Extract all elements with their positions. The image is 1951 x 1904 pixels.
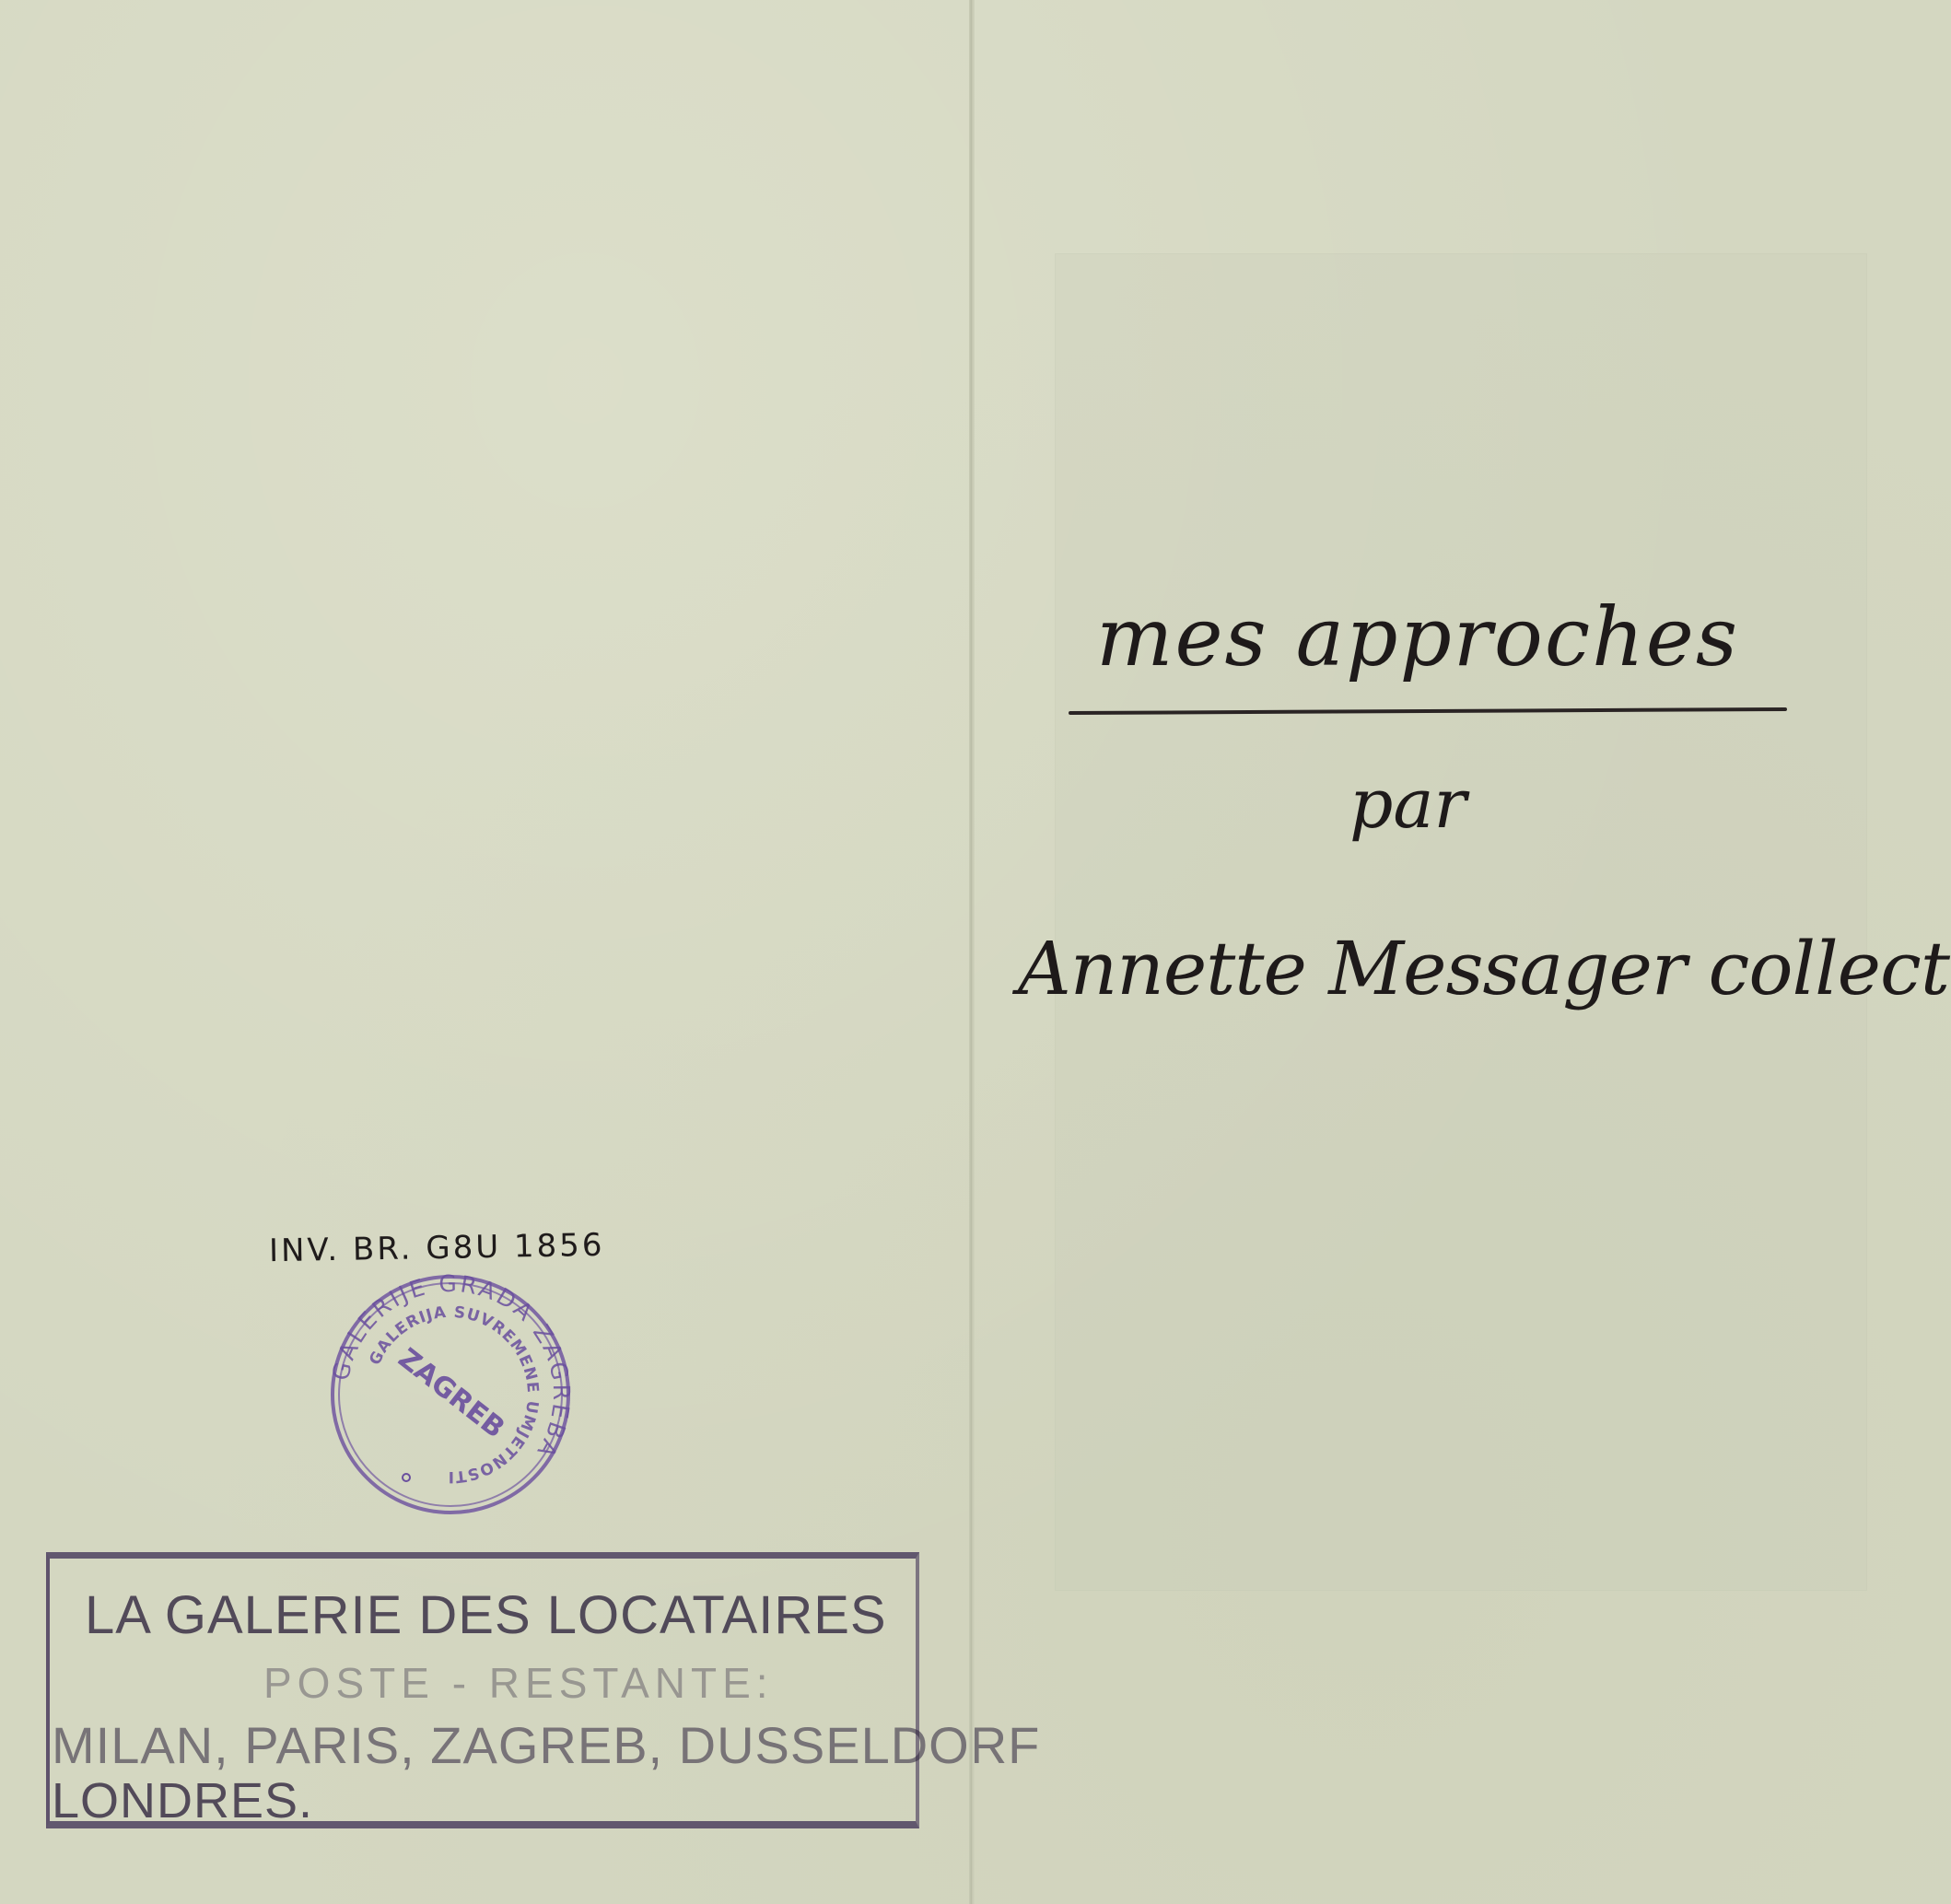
rect-stamp-line-2: POSTE - RESTANTE: — [263, 1658, 774, 1708]
handwritten-by: par — [1349, 765, 1466, 844]
left-panel: INV. BR. G8U 1856 GALERIJE GRADA ZAGREBA… — [0, 0, 969, 1904]
round-stamp-center-text: ZAGREB — [392, 1342, 511, 1444]
rect-stamp-line-1: LA GALERIE DES LOCATAIRES — [85, 1584, 887, 1646]
show-through-print — [1055, 253, 1867, 1591]
gallery-rect-stamp: LA GALERIE DES LOCATAIRES POSTE - RESTAN… — [46, 1552, 919, 1828]
rect-stamp-line-4: LONDRES. — [52, 1772, 313, 1829]
inventory-number: INV. BR. G8U 1856 — [269, 1227, 605, 1269]
museum-round-stamp: GALERIJE GRADA ZAGREBA GALERIJA SUVREMEN… — [327, 1271, 574, 1518]
round-stamp-graphic: GALERIJE GRADA ZAGREBA GALERIJA SUVREMEN… — [327, 1271, 574, 1518]
handwritten-title: mes approches — [1096, 590, 1739, 684]
rect-stamp-line-3: MILAN, PARIS, ZAGREB, DUSSELDORF — [52, 1715, 1040, 1775]
handwritten-author: Annette Messager collectionneuse — [1018, 926, 1951, 1011]
